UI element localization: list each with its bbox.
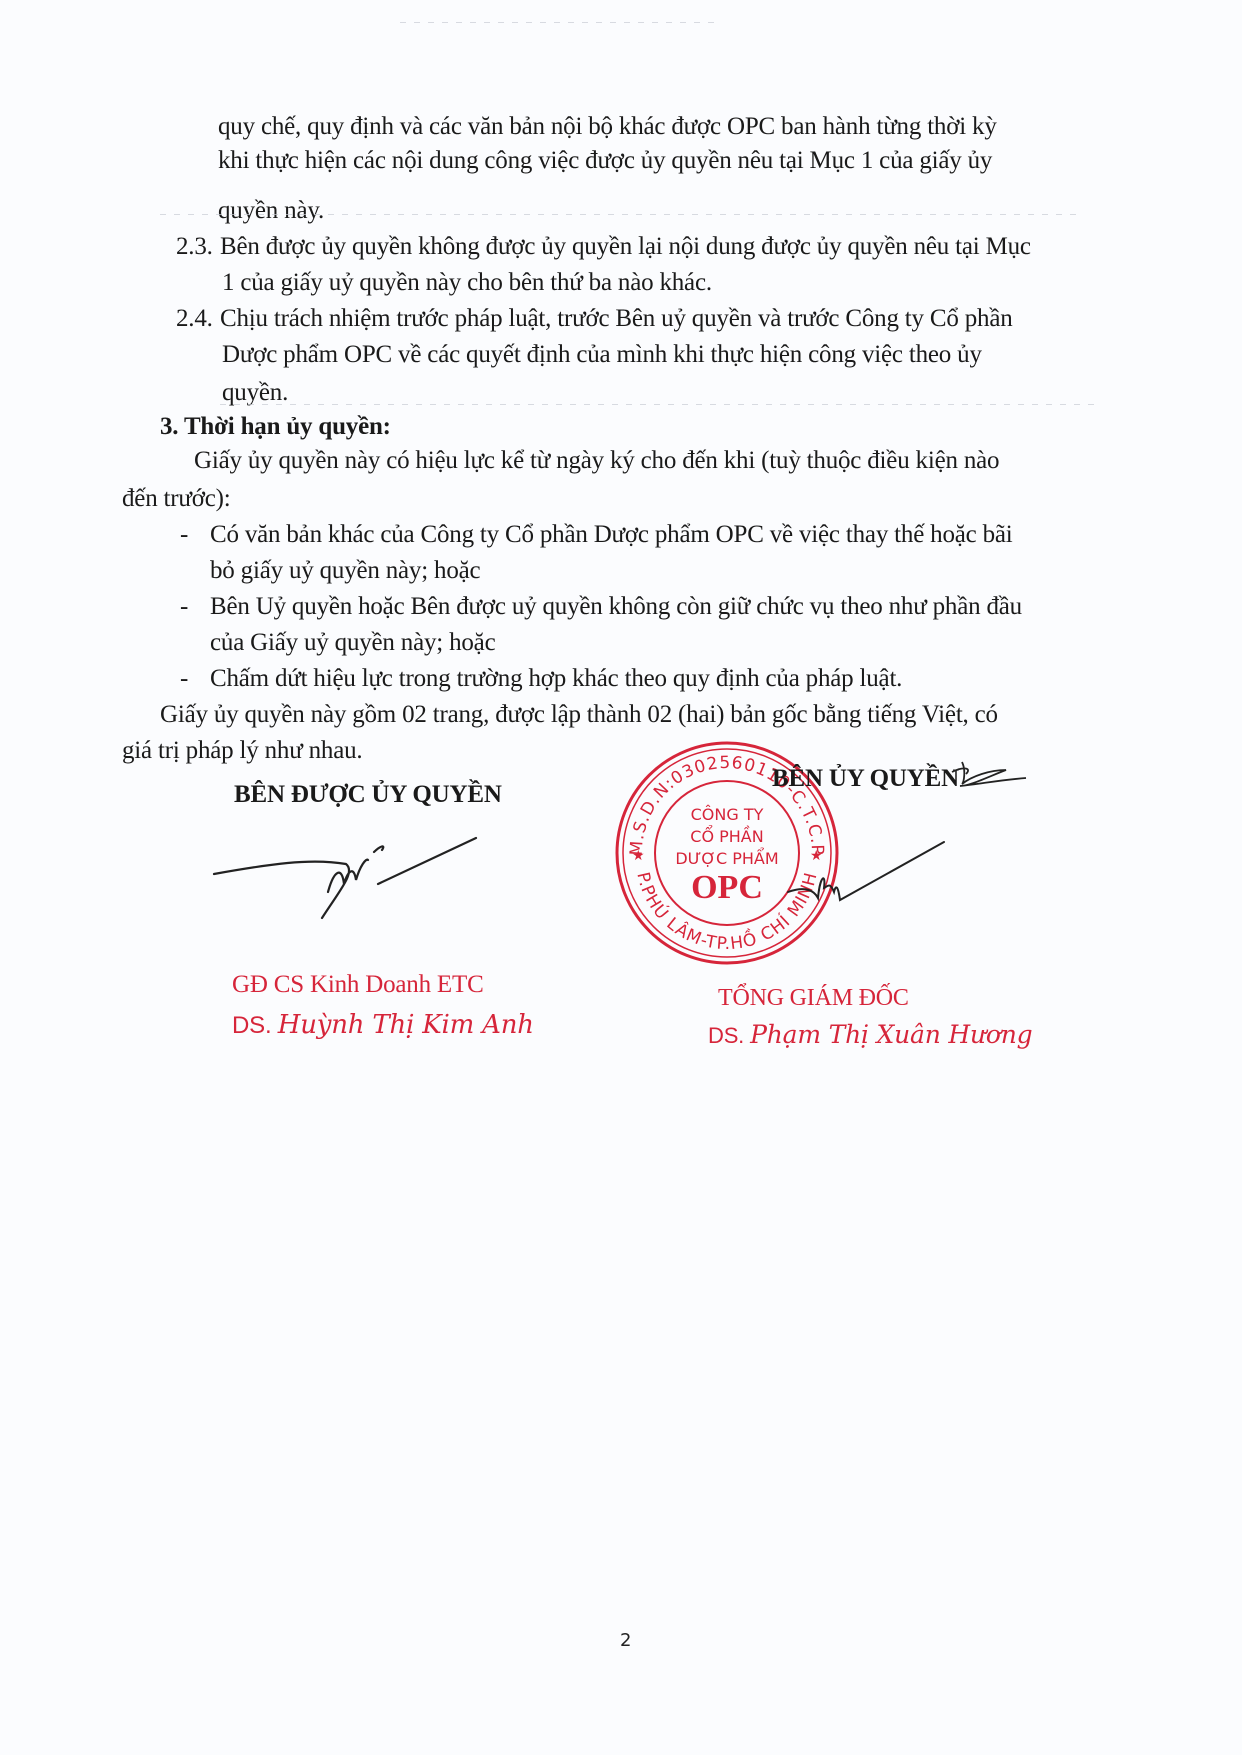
page-number: 2: [620, 1630, 631, 1651]
grantor-heading: BÊN ỦY QUYỀN: [772, 764, 959, 794]
item-number: 2.4.: [176, 304, 213, 334]
grantee-name: Huỳnh Thị Kim Anh: [278, 1010, 534, 1040]
bullet-line: của Giấy uỷ quyền này; hoặc: [210, 628, 495, 658]
grantee-prefix: DS.: [232, 1012, 271, 1039]
section-3-line: Giấy ủy quyền này có hiệu lực kể từ ngày…: [194, 446, 999, 476]
scan-artifact: [220, 404, 1100, 405]
paragraph-line: khi thực hiện các nội dung công việc đượ…: [218, 146, 992, 176]
closing-line: giá trị pháp lý như nhau.: [122, 736, 362, 766]
paragraph-line: quyền này.: [218, 196, 324, 226]
grantee-title: GĐ CS Kinh Doanh ETC: [232, 970, 484, 1000]
section-3-line: đến trước):: [122, 484, 231, 514]
grantor-name: Phạm Thị Xuân Hương: [750, 1020, 1032, 1049]
stamp-line4: OPC: [691, 869, 763, 906]
grantor-initial: [950, 756, 1030, 796]
grantee-signature: [210, 830, 490, 930]
item-2-3-line: Bên được ủy quyền không được ủy quyền lạ…: [220, 232, 1031, 262]
bullet-line: bỏ giấy uỷ quyền này; hoặc: [210, 556, 480, 586]
bullet-line: Có văn bản khác của Công ty Cổ phần Dược…: [210, 520, 1013, 550]
scan-artifact: [400, 22, 720, 23]
paragraph-line: quy chế, quy định và các văn bản nội bộ …: [218, 112, 997, 142]
stamp-line2: CỔ PHẦN: [690, 825, 763, 846]
item-2-4-line: Dược phẩm OPC về các quyết định của mình…: [222, 340, 982, 370]
grantor-name-line: DS. Phạm Thị Xuân Hương: [708, 1020, 1032, 1051]
grantor-prefix: DS.: [708, 1023, 744, 1048]
star-icon: ★: [632, 848, 645, 864]
grantor-title: TỔNG GIÁM ĐỐC: [718, 983, 909, 1013]
bullet-dash: -: [180, 592, 188, 622]
section-3-heading: 3. Thời hạn ủy quyền:: [160, 412, 391, 442]
document-page: quy chế, quy định và các văn bản nội bộ …: [0, 0, 1242, 1755]
scan-artifact: [160, 214, 1080, 215]
item-2-4-line: Chịu trách nhiệm trước pháp luật, trước …: [220, 304, 1013, 334]
grantee-heading: BÊN ĐƯỢC ỦY QUYỀN: [234, 780, 502, 810]
closing-line: Giấy ủy quyền này gồm 02 trang, được lập…: [160, 700, 998, 730]
bullet-line: Chấm dứt hiệu lực trong trường hợp khác …: [210, 664, 902, 694]
item-number: 2.3.: [176, 232, 213, 262]
item-2-3-line: 1 của giấy uỷ quyền này cho bên thứ ba n…: [222, 268, 712, 298]
stamp-line3: DƯỢC PHẨM: [675, 847, 778, 868]
grantor-signature: [784, 836, 954, 916]
stamp-line1: CÔNG TY: [691, 805, 764, 824]
bullet-dash: -: [180, 520, 188, 550]
bullet-dash: -: [180, 664, 188, 694]
grantee-name-line: DS. Huỳnh Thị Kim Anh: [232, 1010, 534, 1041]
bullet-line: Bên Uỷ quyền hoặc Bên được uỷ quyền khôn…: [210, 592, 1022, 622]
